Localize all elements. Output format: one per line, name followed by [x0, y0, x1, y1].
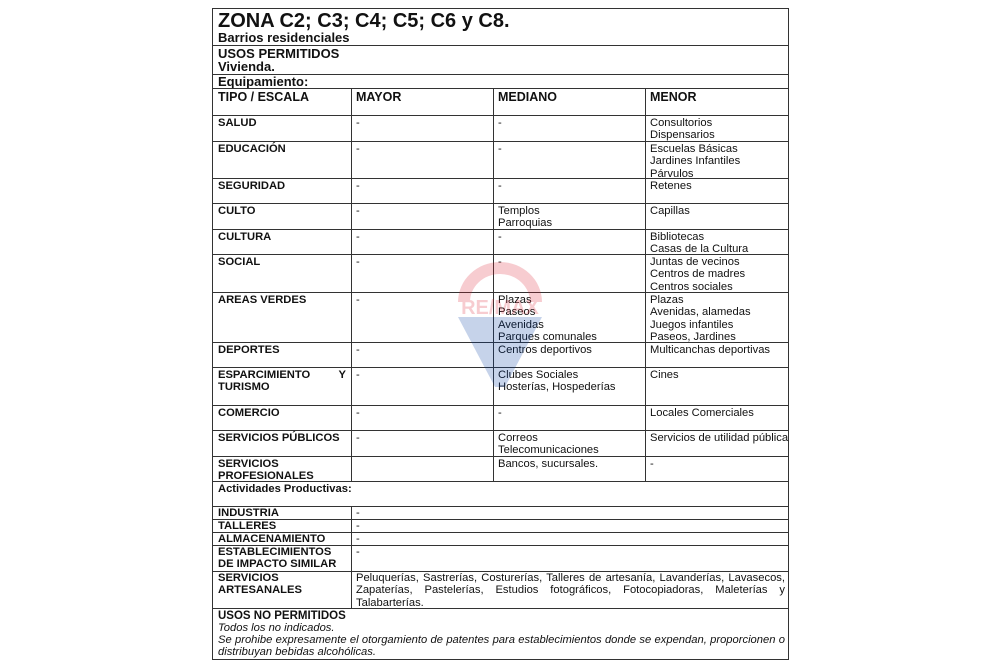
cell-tipo: SERVICIOS PÚBLICOS: [218, 432, 340, 444]
cell-mayor: -: [356, 231, 360, 243]
cell-menor: -: [650, 458, 654, 470]
cell-menor: Escuelas Básicas Jardines Infantiles Pár…: [650, 143, 740, 180]
column-divider: [351, 506, 352, 608]
cell-menor: Plazas Avenidas, alamedas Juegos infanti…: [650, 294, 751, 344]
col-header-mayor: MAYOR: [356, 90, 401, 104]
cell-tipo: COMERCIO: [218, 407, 280, 419]
cell-mediano: Correos Telecomunicaciones: [498, 432, 599, 457]
divider: [212, 608, 789, 609]
cell-mediano: -: [498, 117, 502, 129]
productive-value: -: [356, 533, 360, 545]
cell-menor: Juntas de vecinos Centros de madres Cent…: [650, 256, 745, 293]
cell-tipo: SEGURIDAD: [218, 180, 285, 192]
cell-tipo: SOCIAL: [218, 256, 260, 268]
productive-value: -: [356, 520, 360, 532]
cell-mediano: Plazas Paseos Avenidas Parques comunales: [498, 294, 597, 344]
row-divider: [212, 519, 789, 520]
cell-mayor: -: [356, 369, 360, 381]
cell-mayor: -: [356, 407, 360, 419]
cell-menor: Retenes: [650, 180, 692, 192]
productive-type: SERVICIOS ARTESANALES: [218, 572, 302, 597]
cell-menor: Locales Comerciales: [650, 407, 754, 419]
cell-mediano: -: [498, 231, 502, 243]
divider: [212, 88, 789, 89]
cell-tipo: CULTURA: [218, 231, 271, 243]
row-divider: [212, 456, 789, 457]
col-header-mediano: MEDIANO: [498, 90, 557, 104]
row-divider: [212, 178, 789, 179]
cell-tipo: EDUCACIÓN: [218, 143, 286, 155]
housing-label: Vivienda.: [218, 60, 275, 74]
cell-menor: Cines: [650, 369, 679, 381]
cell-menor: Servicios de utilidad pública: [650, 432, 788, 444]
cell-mayor: -: [356, 344, 360, 356]
cell-tipo: SERVICIOS PROFESIONALES: [218, 458, 314, 483]
cell-menor: Capillas: [650, 205, 690, 217]
cell-mediano: -: [498, 180, 502, 192]
row-divider: [212, 141, 789, 142]
cell-mayor: -: [356, 117, 360, 129]
row-divider: [212, 342, 789, 343]
productive-value: -: [356, 507, 360, 519]
cell-mediano: Clubes Sociales Hosterías, Hospederías: [498, 369, 616, 394]
cell-mediano: Templos Parroquias: [498, 205, 552, 230]
row-divider: [212, 367, 789, 368]
productive-type: INDUSTRIA: [218, 507, 279, 519]
not-permitted-line2: Se prohibe expresamente el otorgamiento …: [218, 634, 785, 659]
zone-subtitle: Barrios residenciales: [218, 31, 350, 45]
cell-mayor: -: [356, 256, 360, 268]
col-header-tipo: TIPO / ESCALA: [218, 90, 309, 104]
row-divider: [212, 115, 789, 116]
cell-tipo: DEPORTES: [218, 344, 280, 356]
divider: [212, 506, 789, 507]
cell-menor: Consultorios Dispensarios: [650, 117, 715, 142]
row-divider: [212, 254, 789, 255]
row-divider: [212, 229, 789, 230]
productive-heading: Actividades Productivas:: [218, 483, 352, 495]
cell-mediano: -: [498, 407, 502, 419]
not-permitted-line1: Todos los no indicados.: [218, 622, 335, 634]
row-divider: [212, 292, 789, 293]
cell-mayor: -: [356, 294, 360, 306]
cell-mayor: -: [356, 432, 360, 444]
zone-title: ZONA C2; C3; C4; C5; C6 y C8.: [218, 10, 510, 32]
cell-mayor: -: [356, 180, 360, 192]
productive-type: ALMACENAMIENTO: [218, 533, 325, 545]
productive-type: ESTABLECIMIENTOS DE IMPACTO SIMILAR: [218, 546, 348, 571]
productive-type: TALLERES: [218, 520, 276, 532]
cell-tipo: SALUD: [218, 117, 257, 129]
cell-tipo: AREAS VERDES: [218, 294, 306, 306]
cell-mediano: -: [498, 256, 502, 268]
not-permitted-heading: USOS NO PERMITIDOS: [218, 610, 346, 622]
productive-value: Peluquerías, Sastrerías, Costurerías, Ta…: [356, 572, 785, 609]
row-divider: [212, 405, 789, 406]
column-divider: [351, 88, 352, 481]
row-divider: [212, 430, 789, 431]
column-divider: [493, 88, 494, 481]
cell-menor: Multicanchas deportivas: [650, 344, 770, 356]
productive-value: -: [356, 546, 360, 558]
divider: [212, 481, 789, 482]
col-header-menor: MENOR: [650, 90, 697, 104]
cell-menor: Bibliotecas Casas de la Cultura: [650, 231, 748, 256]
cell-mediano: -: [498, 143, 502, 155]
cell-tipo: CULTO: [218, 205, 256, 217]
cell-mediano: Bancos, sucursales.: [498, 458, 598, 470]
row-divider: [212, 203, 789, 204]
cell-mediano: Centros deportivos: [498, 344, 592, 356]
cell-mayor: -: [356, 143, 360, 155]
equipment-label: Equipamiento:: [218, 75, 308, 89]
cell-mayor: -: [356, 205, 360, 217]
cell-tipo: ESPARCIMIENTO Y TURISMO: [218, 369, 346, 394]
column-divider: [645, 88, 646, 481]
